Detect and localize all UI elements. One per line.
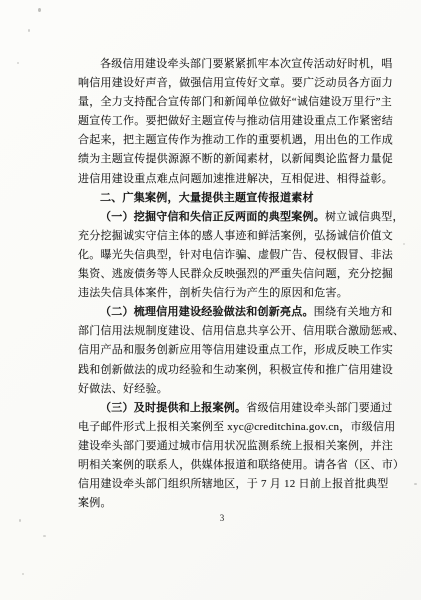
text-line: 响信用建设好声音，做强信用宣传好文章。要广泛动员各方面力 [78, 74, 394, 93]
text-line: 绩为主题宣传提供源源不断的新闻素材，以新闻舆论监督力量促 [78, 150, 394, 169]
text-line: （三）及时提供和上报案例。省级信用建设牵头部门要通过 [78, 399, 394, 418]
text-line: 践和创新做法的成功经验和生动案例，积极宣传和推广信用建设 [78, 361, 394, 380]
bold-lead: （二）梳理信用建设经验做法和创新亮点。 [100, 306, 314, 318]
text-line: 充分挖掘诚实守信主体的感人事迹和鲜活案例，弘扬诚信价值文 [78, 227, 394, 246]
text-line: 信用建设牵头部门组织所辖地区，于 7 月 12 日前上报首批典型 [78, 475, 394, 494]
text-line: （二）梳理信用建设经验做法和创新亮点。围绕有关地方和 [78, 303, 394, 322]
text-line: 量，全力支持配合宣传部门和新闻单位做好“诚信建设万里行”主 [78, 93, 394, 112]
text-line: 部门信用法规制度建设、信用信息共享公开、信用联合激励惩戒、 [78, 322, 394, 341]
text-line: 电子邮件形式上报相关案例至 xyc@creditchina.gov.cn，市级信… [78, 418, 394, 437]
text-line: 违法失信具体案件，剖析失信行为产生的原因和危害。 [78, 284, 394, 303]
page-number: 3 [213, 513, 231, 523]
text-line: 题宣传工作。要把做好主题宣传与推动信用建设重点工作紧密结 [78, 112, 394, 131]
scan-speck [403, 243, 405, 245]
scan-speck [43, 535, 46, 537]
scan-speck [17, 62, 19, 64]
scan-speck [19, 519, 21, 522]
text-line: 进信用建设重点难点问题加速推进解决，互相促进、相得益彰。 [78, 170, 394, 189]
text-line: 集资、逃废债务等人民群众反映强烈的严重失信问题，充分挖掘 [78, 265, 394, 284]
document-page: 各级信用建设牵头部门要紧紧抓牢本次宣传活动好时机，唱响信用建设好声音，做强信用宣… [0, 0, 421, 600]
text-line: 好做法、好经验。 [78, 380, 394, 399]
text-line: 各级信用建设牵头部门要紧紧抓牢本次宣传活动好时机，唱 [78, 55, 394, 74]
text-line: 合起来，把主题宣传作为推动工作的重要机遇，用出色的工作成 [78, 131, 394, 150]
text-line: 案例。 [78, 494, 394, 513]
text-line: 建设牵头部门要通过城市信用状况监测系统上报相关案例，并注 [78, 437, 394, 456]
scan-speck [28, 29, 30, 32]
text-line: 信用产品和服务创新应用等信用建设重点工作，形成反映工作实 [78, 341, 394, 360]
section-heading: 二、广集案例，大量提供主题宣传报道素材 [100, 192, 314, 204]
heading-line: 二、广集案例，大量提供主题宣传报道素材 [78, 189, 394, 208]
scan-speck [22, 573, 24, 575]
text-line: （一）挖掘守信和失信正反两面的典型案例。树立诚信典型， [78, 208, 394, 227]
text-line: 化。曝光失信典型，针对电信诈骗、虚假广告、侵权假冒、非法 [78, 246, 394, 265]
text-line: 明相关案例的联系人，供媒体报道和联络使用。请各省（区、市） [78, 456, 394, 475]
text-block: 各级信用建设牵头部门要紧紧抓牢本次宣传活动好时机，唱响信用建设好声音，做强信用宣… [78, 55, 394, 513]
scan-speck [38, 8, 41, 12]
bold-lead: （一）挖掘守信和失信正反两面的典型案例。 [100, 211, 325, 223]
bold-lead: （三）及时提供和上报案例。 [100, 402, 246, 414]
scan-speck [414, 483, 417, 485]
